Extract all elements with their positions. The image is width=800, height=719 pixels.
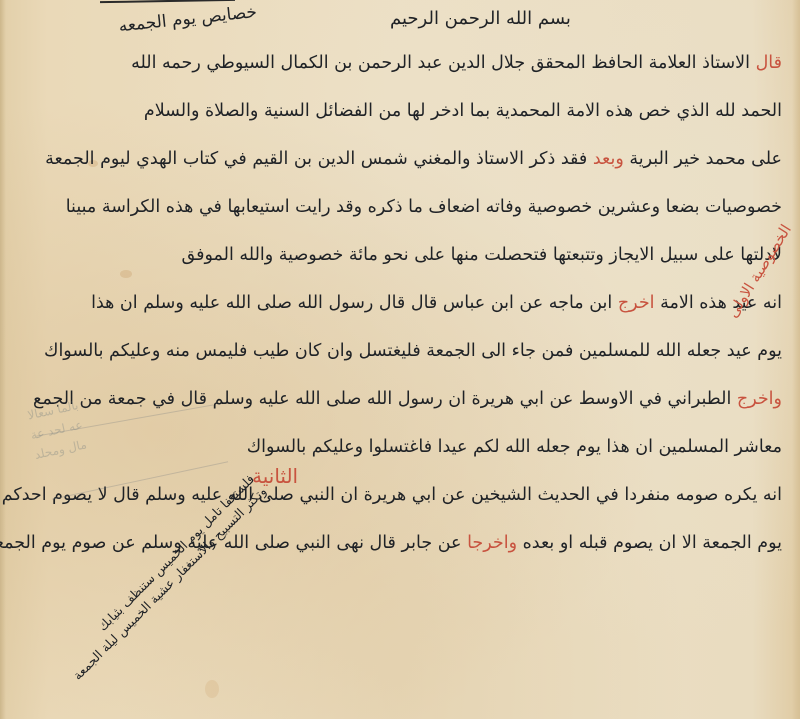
line-text: يوم عيد جعله الله للمسلمين فمن جاء الى ا… — [44, 341, 782, 361]
line-text: الاستاذ العلامة الحافظ المحقق جلال الدين… — [131, 53, 750, 73]
text-line-4: خصوصيات بضعا وعشرين خصوصية وفاته اضعاف م… — [222, 190, 782, 238]
rubric-word: اخرج — [618, 293, 655, 313]
text-line-1: قال الاستاذ العلامة الحافظ المحقق جلال ا… — [222, 46, 782, 94]
line-text-after: ابن ماجه عن ابن عباس قال قال رسول الله ص… — [91, 293, 612, 313]
manuscript-page: خصايص يوم الجمعه بسم الله الرحمن الرحيم … — [0, 0, 800, 719]
page-right-edge — [792, 0, 800, 719]
text-line-11: يوم الجمعة الا ان يصوم قبله او بعده واخر… — [222, 526, 782, 574]
paper-stain — [205, 680, 219, 698]
text-line-10: انه يكره صومه منفردا في الحديث الشيخين ع… — [222, 478, 782, 526]
rubric-word: قال — [756, 53, 782, 73]
text-line-8: واخرج الطبراني في الاوسط عن ابي هريرة ان… — [222, 382, 782, 430]
main-text-block: قال الاستاذ العلامة الحافظ المحقق جلال ا… — [222, 46, 782, 574]
basmala-heading: بسم الله الرحمن الرحيم — [390, 8, 571, 29]
text-line-5: لادلتها على سبيل الايجاز وتتبعتها فتحصلت… — [222, 238, 782, 286]
line-text-before: يوم الجمعة الا ان يصوم قبله او بعده — [523, 533, 782, 553]
text-line-6: انه عيد هذه الامة اخرج ابن ماجه عن ابن ع… — [222, 286, 782, 334]
rubric-word: واخرجا — [467, 533, 517, 553]
text-line-2: الحمد لله الذي خص هذه الامة المحمدية بما… — [222, 94, 782, 142]
line-text-after: فقد ذكر الاستاذ والمغني شمس الدين بن الق… — [45, 149, 587, 169]
title-note: خصايص يوم الجمعه — [118, 2, 258, 36]
marginal-note-line: وتكثر التسبيح والاستغفار عشية الخميس ليل… — [69, 483, 270, 684]
page-left-edge — [0, 0, 6, 719]
text-line-9: معاشر المسلمين ان هذا يوم جعله الله لكم … — [222, 430, 782, 478]
text-line-7: يوم عيد جعله الله للمسلمين فمن جاء الى ا… — [222, 334, 782, 382]
rubric-word: وبعد — [593, 149, 624, 169]
paper-stain — [120, 270, 132, 278]
line-text-before: على محمد خير البرية — [629, 149, 782, 169]
line-text: الحمد لله الذي خص هذه الامة المحمدية بما… — [144, 101, 782, 121]
line-text: انه يكره صومه منفردا في الحديث الشيخين ع… — [2, 485, 782, 505]
text-line-3: على محمد خير البرية وبعد فقد ذكر الاستاذ… — [222, 142, 782, 190]
line-text: خصوصيات بضعا وعشرين خصوصية وفاته اضعاف م… — [66, 197, 782, 217]
line-text: لادلتها على سبيل الايجاز وتتبعتها فتحصلت… — [182, 245, 782, 265]
line-text-before: انه عيد هذه الامة — [660, 293, 782, 313]
top-rule-line — [100, 0, 235, 3]
rubric-word: واخرج — [737, 389, 782, 409]
line-text: معاشر المسلمين ان هذا يوم جعله الله لكم … — [247, 437, 782, 457]
line-text-after: عن جابر قال نهى النبي صلى الله عليه وسلم… — [0, 533, 462, 553]
line-text: الطبراني في الاوسط عن ابي هريرة ان رسول … — [33, 389, 731, 409]
